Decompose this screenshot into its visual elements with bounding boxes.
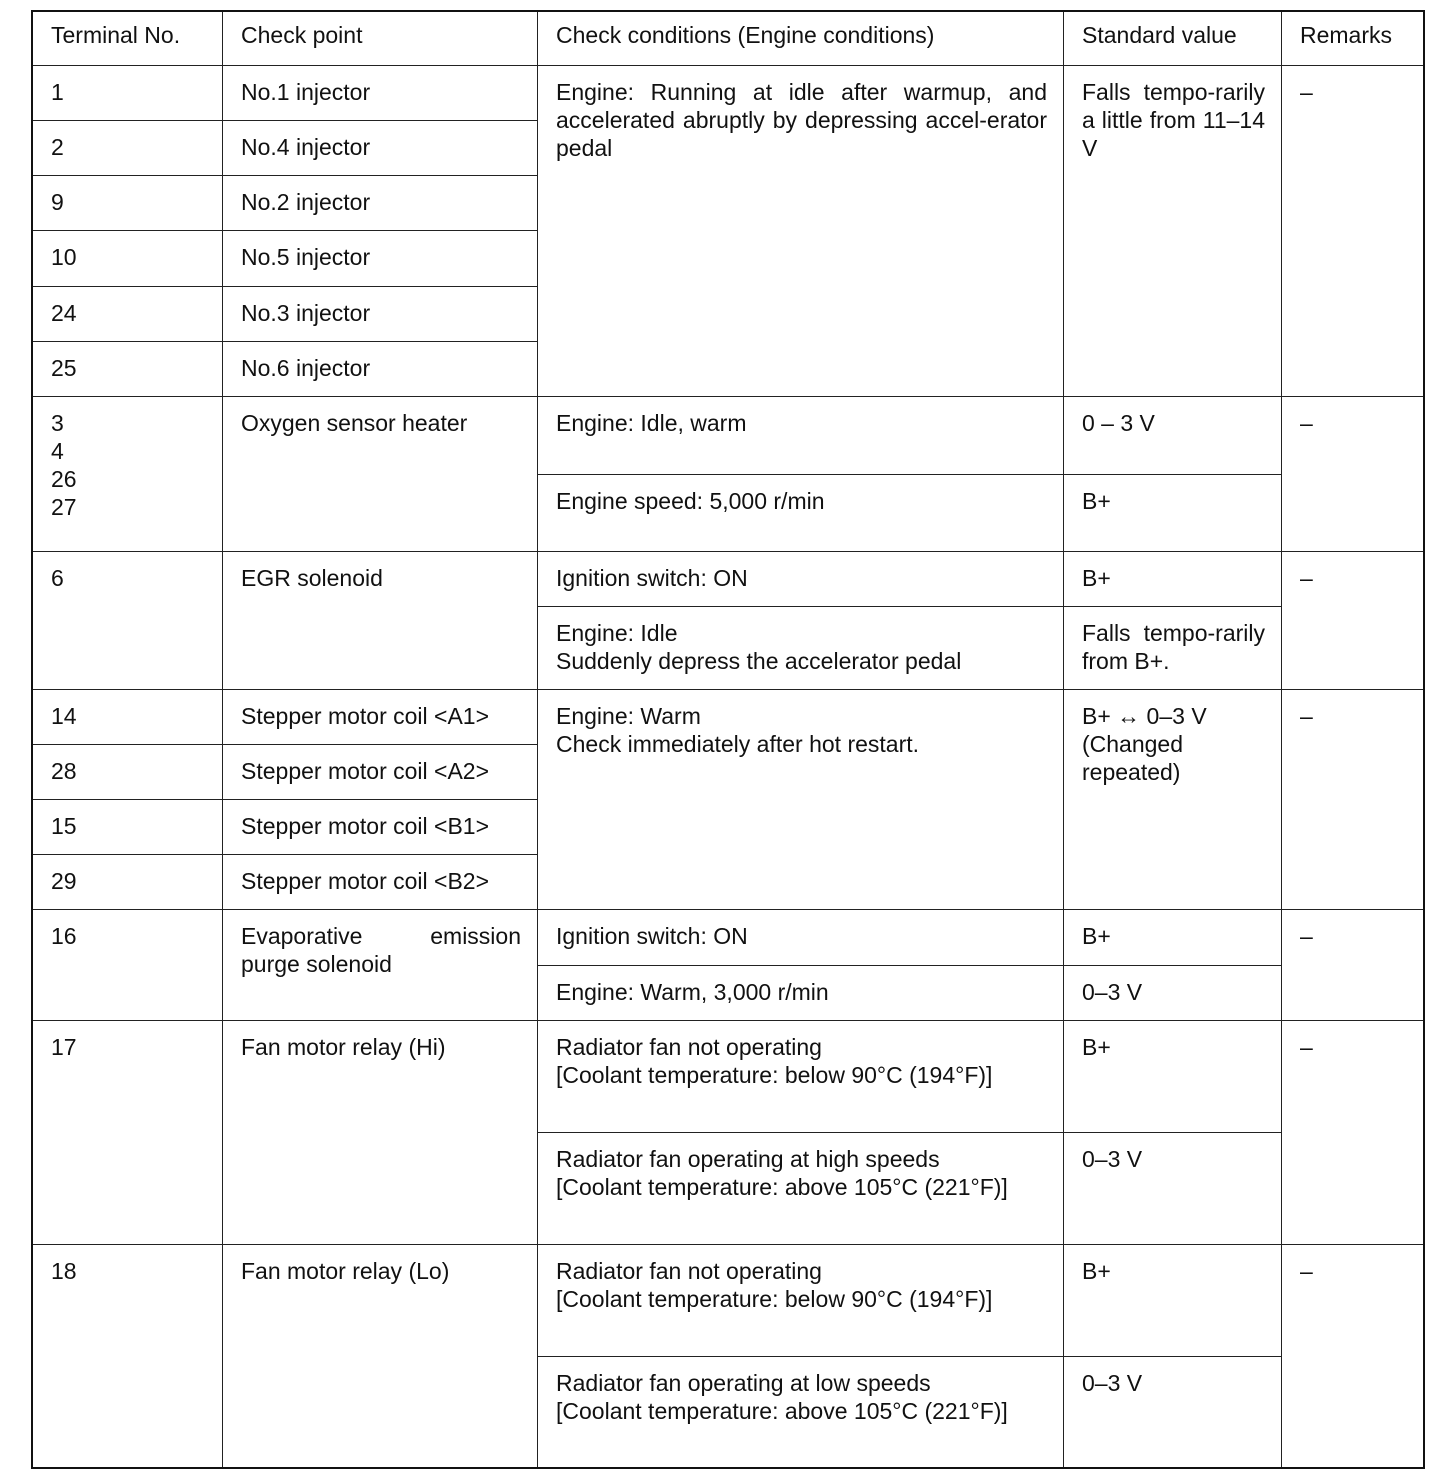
- check-condition-cell: Engine: Idle Suddenly depress the accele…: [537, 606, 1064, 690]
- standard-value-cell: B+: [1063, 1020, 1282, 1133]
- terminal-check-table: Terminal No.Check pointCheck conditions …: [0, 0, 1456, 1476]
- standard-value-cell: 0–3 V: [1063, 1132, 1282, 1245]
- check-point-cell: Oxygen sensor heater: [222, 396, 538, 552]
- check-point-cell: No.4 injector: [222, 120, 538, 176]
- terminal-number-cell: 10: [32, 230, 223, 287]
- check-condition-cell: Engine: Warm Check immediately after hot…: [537, 689, 1064, 910]
- check-point-cell: No.2 injector: [222, 175, 538, 231]
- terminal-number-cell: 17: [32, 1020, 223, 1245]
- remarks-cell: –: [1281, 396, 1425, 552]
- check-point-cell: No.5 injector: [222, 230, 538, 287]
- check-condition-cell: Radiator fan not operating [Coolant temp…: [537, 1244, 1064, 1357]
- header-check-conditions: Check conditions (Engine conditions): [537, 10, 1064, 66]
- check-condition-cell: Radiator fan not operating [Coolant temp…: [537, 1020, 1064, 1133]
- check-condition-cell: Ignition switch: ON: [537, 909, 1064, 966]
- check-point-cell: Stepper motor coil <B1>: [222, 799, 538, 855]
- standard-value-cell: Falls tempo-rarily a little from 11–14 V: [1063, 65, 1282, 397]
- terminal-number-cell: 29: [32, 854, 223, 910]
- standard-value-cell: 0 – 3 V: [1063, 396, 1282, 475]
- terminal-number-cell: 9: [32, 175, 223, 231]
- terminal-number-cell: 16: [32, 909, 223, 1021]
- check-point-cell: Stepper motor coil <A1>: [222, 689, 538, 745]
- standard-value-cell: Falls tempo-rarily from B+.: [1063, 606, 1282, 690]
- standard-value-cell: B+: [1063, 1244, 1282, 1357]
- standard-value-cell: 0–3 V: [1063, 965, 1282, 1021]
- check-condition-cell: Engine speed: 5,000 r/min: [537, 474, 1064, 552]
- header-remarks: Remarks: [1281, 10, 1425, 66]
- terminal-number-cell: 18: [32, 1244, 223, 1469]
- standard-value-cell: B+ ↔ 0–3 V (Changed repeated): [1063, 689, 1282, 910]
- check-condition-cell: Engine: Running at idle after warmup, an…: [537, 65, 1064, 397]
- check-point-cell: No.3 injector: [222, 286, 538, 342]
- terminal-number-cell: 14: [32, 689, 223, 745]
- header-check-point: Check point: [222, 10, 538, 66]
- check-condition-cell: Radiator fan operating at high speeds [C…: [537, 1132, 1064, 1245]
- check-point-cell: Fan motor relay (Hi): [222, 1020, 538, 1245]
- remarks-cell: –: [1281, 1244, 1425, 1469]
- check-condition-cell: Engine: Idle, warm: [537, 396, 1064, 475]
- standard-value-cell: B+: [1063, 474, 1282, 552]
- terminal-number-cell: 28: [32, 744, 223, 800]
- standard-value-cell: 0–3 V: [1063, 1356, 1282, 1469]
- terminal-number-cell: 25: [32, 341, 223, 397]
- check-point-cell: Stepper motor coil <B2>: [222, 854, 538, 910]
- remarks-cell: –: [1281, 689, 1425, 910]
- terminal-number-cell: 1: [32, 65, 223, 121]
- check-point-cell: Evaporative emission purge solenoid: [222, 909, 538, 1021]
- terminal-number-cell: 3 4 26 27: [32, 396, 223, 552]
- remarks-cell: –: [1281, 65, 1425, 397]
- remarks-cell: –: [1281, 1020, 1425, 1245]
- standard-value-cell: B+: [1063, 551, 1282, 607]
- check-condition-cell: Ignition switch: ON: [537, 551, 1064, 607]
- standard-value-cell: B+: [1063, 909, 1282, 966]
- check-point-cell: No.6 injector: [222, 341, 538, 397]
- check-point-cell: Fan motor relay (Lo): [222, 1244, 538, 1469]
- terminal-number-cell: 6: [32, 551, 223, 690]
- terminal-number-cell: 24: [32, 286, 223, 342]
- check-point-cell: Stepper motor coil <A2>: [222, 744, 538, 800]
- check-point-cell: No.1 injector: [222, 65, 538, 121]
- header-standard-value: Standard value: [1063, 10, 1282, 66]
- remarks-cell: –: [1281, 909, 1425, 1021]
- terminal-number-cell: 15: [32, 799, 223, 855]
- check-condition-cell: Engine: Warm, 3,000 r/min: [537, 965, 1064, 1021]
- check-condition-cell: Radiator fan operating at low speeds [Co…: [537, 1356, 1064, 1469]
- header-terminal-no: Terminal No.: [32, 10, 223, 66]
- terminal-number-cell: 2: [32, 120, 223, 176]
- remarks-cell: –: [1281, 551, 1425, 690]
- check-point-cell: EGR solenoid: [222, 551, 538, 690]
